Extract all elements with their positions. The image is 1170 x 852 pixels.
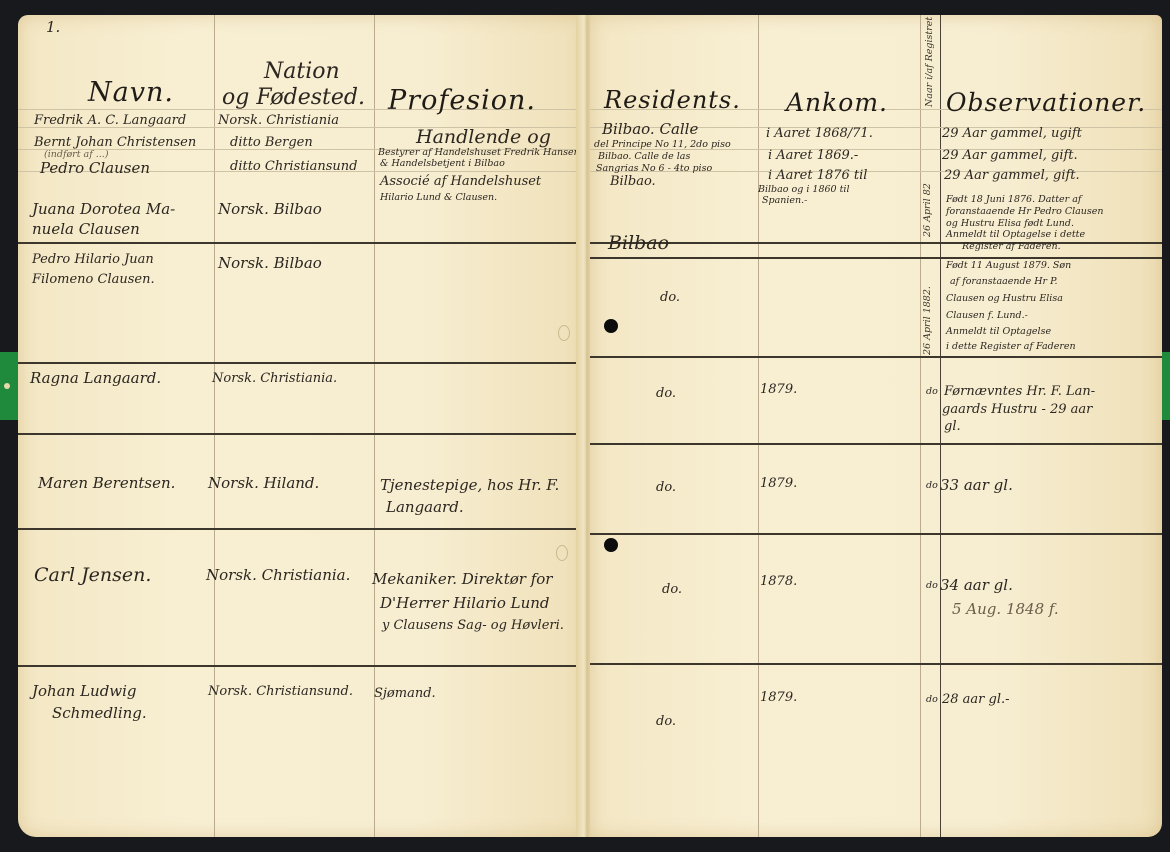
observation-entry: gl.: [944, 420, 961, 435]
paper-ring-mark: [556, 545, 568, 561]
name-entry: Filomeno Clausen.: [32, 273, 155, 288]
observation-entry: 5 Aug. 1848 f.: [952, 601, 1059, 618]
nation-entry: Norsk. Christiania: [218, 114, 339, 129]
tab-hole: [4, 383, 10, 389]
nation-entry: Norsk. Bilbao: [218, 255, 322, 272]
row-divider: [18, 528, 586, 530]
observation-entry: Anmeldt til Optagelse i dette: [946, 230, 1085, 241]
column-divider: [374, 15, 375, 837]
arrival-entry: 1878.: [760, 575, 797, 590]
column-divider: [214, 15, 215, 837]
name-entry: Carl Jensen.: [34, 565, 151, 587]
profession-entry: Mekaniker. Direktør for: [372, 571, 552, 588]
residence-entry: del Principe No 11, 2do piso: [594, 140, 731, 151]
observation-entry: 33 aar gl.: [940, 477, 1013, 494]
header-residents: Residents.: [604, 87, 741, 115]
residence-entry: Bilbao. Calle: [602, 121, 698, 138]
row-divider: [590, 443, 1162, 445]
row-divider: [18, 665, 586, 667]
name-entry: Pedro Hilario Juan: [32, 253, 154, 268]
name-entry: Pedro Clausen: [40, 160, 150, 177]
observation-entry: foranstaaende Hr Pedro Clausen: [946, 207, 1104, 218]
profession-entry: y Clausens Sag- og Høvleri.: [382, 619, 564, 634]
header-profession: Profesion.: [388, 85, 536, 116]
arrival-entry: 1879.: [760, 477, 797, 492]
nation-entry: Norsk. Bilbao: [218, 201, 322, 218]
name-entry: Johan Ludwig: [32, 683, 137, 700]
nation-entry: ditto Bergen: [230, 136, 313, 151]
nation-entry: Norsk. Christiania.: [206, 567, 350, 584]
observation-entry: Anmeldt til Optagelse: [946, 327, 1051, 338]
ditto-mark: do: [926, 387, 938, 398]
name-entry: Maren Berentsen.: [38, 475, 175, 492]
observation-entry: 29 Aar gammel, gift.: [944, 169, 1080, 184]
profession-entry: Sjømand.: [374, 687, 436, 702]
row-divider: [590, 257, 1162, 259]
profession-entry: Handlende og: [416, 127, 551, 149]
register-date: 26 April 82: [922, 183, 933, 237]
page-number: 1.: [46, 19, 60, 36]
arrival-entry: 1879.: [760, 383, 797, 398]
punch-hole: [604, 538, 618, 552]
residence-entry: do.: [656, 387, 676, 402]
observation-entry: gaards Hustru - 29 aar: [942, 403, 1092, 418]
header-navn: Navn.: [88, 77, 174, 108]
ditto-mark: do: [926, 695, 938, 706]
nation-entry: Norsk. Hiland.: [208, 475, 319, 492]
header-observationer: Observationer.: [946, 89, 1146, 118]
observation-entry: Født 11 August 1879. Søn: [946, 261, 1071, 272]
paper-ring-mark: [558, 325, 570, 341]
profession-entry: & Handelsbetjent i Bilbao: [380, 159, 505, 170]
right-page: Residents. Ankom. Naar i/af Registret Ob…: [590, 15, 1162, 837]
observation-entry: af foranstaaende Hr P.: [950, 277, 1058, 288]
ditto-mark: do: [926, 581, 938, 592]
header-nation: Nation: [264, 59, 340, 84]
arrival-note: Spanien.-: [762, 196, 807, 207]
arrival-entry: 1879.: [760, 691, 797, 706]
ditto-mark: do: [926, 481, 938, 492]
punch-hole: [604, 319, 618, 333]
arrival-entry: i Aaret 1869.-: [768, 149, 858, 164]
observation-entry: i dette Register af Faderen: [946, 342, 1076, 353]
observation-entry: Førnævntes Hr. F. Lan-: [944, 385, 1095, 400]
header-rotated-column: Naar i/af Registret: [924, 17, 935, 107]
observation-entry: Register af Faderen.: [962, 242, 1061, 253]
residence-entry: Bilbao: [608, 233, 669, 255]
observation-entry: Født 18 Juni 1876. Datter af: [946, 195, 1081, 206]
observation-entry: Clausen f. Lund.-: [946, 311, 1028, 322]
arrival-entry: i Aaret 1868/71.: [766, 127, 873, 142]
profession-entry: Hilario Lund & Clausen.: [380, 193, 497, 204]
column-divider: [758, 15, 759, 837]
observation-entry: 34 aar gl.: [940, 577, 1013, 594]
row-divider: [590, 663, 1162, 665]
column-divider: [920, 15, 921, 837]
name-entry: Schmedling.: [52, 705, 147, 722]
row-divider: [18, 242, 586, 244]
header-fodested: og Fødested.: [222, 85, 365, 110]
observation-entry: 28 aar gl.-: [942, 693, 1010, 708]
nation-entry: Norsk. Christiansund.: [208, 685, 353, 700]
profession-entry: Associé af Handelshuset: [380, 175, 541, 190]
residence-entry: do.: [662, 583, 682, 598]
residence-entry: do.: [656, 715, 676, 730]
residence-entry: do.: [656, 481, 676, 496]
residence-entry: Bilbao.: [610, 175, 656, 190]
column-divider: [940, 15, 941, 837]
name-entry: Juana Dorotea Ma-: [32, 201, 175, 218]
profession-entry: D'Herrer Hilario Lund: [380, 595, 550, 612]
profession-entry: Tjenestepige, hos Hr. F.: [380, 477, 559, 494]
row-divider: [590, 242, 1162, 244]
row-divider: [18, 362, 586, 364]
observation-entry: Clausen og Hustru Elisa: [946, 294, 1063, 305]
row-divider: [18, 433, 586, 435]
row-divider: [590, 356, 1162, 358]
name-entry: nuela Clausen: [32, 221, 140, 238]
profession-entry: Langaard.: [386, 499, 464, 516]
nation-entry: ditto Christiansund: [230, 160, 358, 175]
arrival-entry: i Aaret 1876 til: [768, 169, 867, 184]
header-ankom: Ankom.: [786, 89, 888, 118]
observation-entry: 29 Aar gammel, ugift: [942, 127, 1082, 142]
register-date: 26 April 1882.: [922, 286, 933, 355]
nation-entry: Norsk. Christiania.: [212, 372, 337, 387]
row-divider: [590, 533, 1162, 535]
left-page: 1. Navn. Nation og Fødested. Profesion. …: [18, 15, 586, 837]
name-entry: Ragna Langaard.: [30, 370, 161, 387]
residence-entry: do.: [660, 291, 680, 306]
residence-entry: Bilbao. Calle de las: [598, 152, 690, 163]
observation-entry: 29 Aar gammel, gift.: [942, 149, 1078, 164]
name-entry: Fredrik A. C. Langaard: [34, 114, 186, 129]
